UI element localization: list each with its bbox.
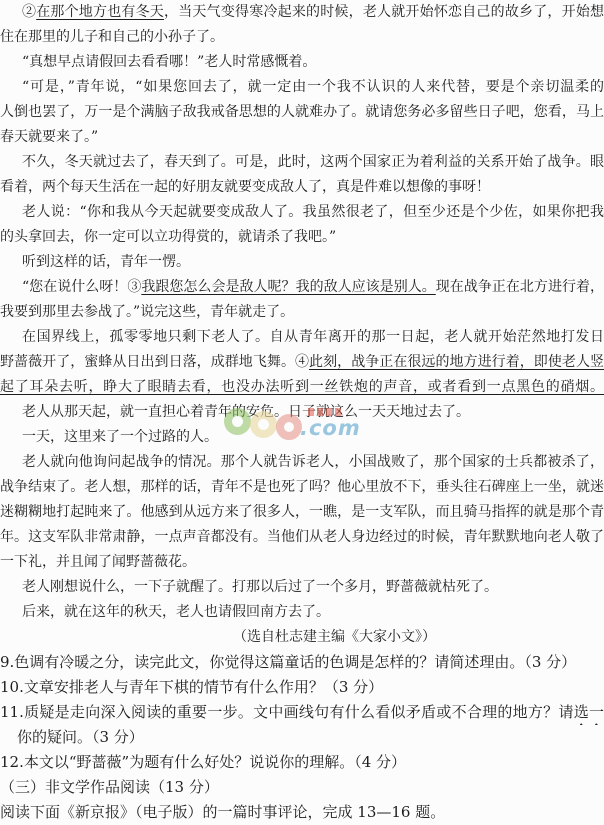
story-para10-line1: 一天，这里来了一个过路的人。 xyxy=(0,425,604,450)
question-11-line1: 11.质疑是走向深入阅读的重要一步。文中画线句有什么看似矛盾或不合理的地方？请选… xyxy=(0,700,604,725)
reading-instruction: 阅读下面《新京报》（电子版）的一篇时事评论，完成 13—16 题。 xyxy=(0,800,604,825)
story-para11-line5: 一下礼，并且闻了闻野蔷薇花。 xyxy=(0,550,604,575)
story-para13-line1: 后来，就在这年的秋天，老人也请假回南方去了。 xyxy=(0,600,604,625)
story-para5-line1: 老人说：“你和我从今天起就要变成敌人了。我虽然很老了，但至少还是个少佐，如果你把… xyxy=(0,200,604,225)
story-para7-line1: “您在说什么呀！③我跟您怎么会是敌人呢？我的敌人应该是别人。现在战争正在北方进行… xyxy=(0,275,604,300)
story-para4-line2: 看着，两个每天生活在一起的好朋友就要变成敌人了，真是件难以想像的事呀！ xyxy=(0,175,604,200)
story-para11-line1: 老人就向他询问起战争的情况。那个人就告诉老人，小国战败了，那个国家的士兵都被杀了… xyxy=(0,450,604,475)
story-para3-line1: “可是，”青年说，“如果您回去了，就一定由一个我不认识的人来代替，要是个亲切温柔… xyxy=(0,75,604,100)
story-para11-line2: 战争结束了。老人想，那样的话，青年不是也死了吗？他心里放不下，垂头往石碑座上一坐… xyxy=(0,475,604,500)
story-para11-line4: 年。这支军队非常肃静，一点声音都没有。当他们从老人身边经过的时候，青年默默地向老… xyxy=(0,525,604,550)
question-10: 10.文章安排老人与青年下棋的情节有什么作用？（3 分） xyxy=(0,675,604,700)
story-para11-line3: 迷糊糊地打起盹来了。他感到从远方来了很多人，一瞧，是一支军队，而且骑马指挥的就是… xyxy=(0,500,604,525)
question-11-line2: 你的疑问。（3 分） xyxy=(0,725,604,750)
story-para4-line1: 不久，冬天就过去了，春天到了。可是，此时，这两个国家正为着利益的关系开始了战争。… xyxy=(0,150,604,175)
story-para7-line2: 我要到那里去参战了。”说完这些，青年就走了。 xyxy=(0,300,604,325)
story-para3-line3: 春天就要来了。” xyxy=(0,125,604,150)
question-9: 9.色调有冷暖之分，读完此文，你觉得这篇童话的色调是怎样的？请简述理由。（3 分… xyxy=(0,650,604,675)
story-para1-line1: ②在那个地方也有冬天，当天气变得寒冷起来的时候，老人就开始怀恋自己的故乡了，开始… xyxy=(0,0,604,25)
story-para8-line3: 起了耳朵去听，睁大了眼睛去看，也没办法听到一丝铁炮的声音，或者看到一点黑色的硝烟… xyxy=(0,375,604,400)
story-para12-line1: 老人刚想说什么，一下子就醒了。打那以后过了一个多月，野蔷薇就枯死了。 xyxy=(0,575,604,600)
story-para8-line2: 野蔷薇开了，蜜蜂从日出到日落，成群地飞舞。④此刻，战争正在很远的地方进行着，即使… xyxy=(0,350,604,375)
story-para9-line1: 老人从那天起，就一直担心着青年的安危。日子就这么一天天地过去了。 xyxy=(0,400,604,425)
story-para2-line1: “真想早点请假回去看看哪！”老人时常感慨着。 xyxy=(0,50,604,75)
story-para3-line2: 人倒也罢了，万一是个满脑子敌我戒备思想的人就难办了。就请您务必多留些日子吧，您看… xyxy=(0,100,604,125)
story-para6-line1: 听到这样的话，青年一愣。 xyxy=(0,250,604,275)
exam-page: ②在那个地方也有冬天，当天气变得寒冷起来的时候，老人就开始怀恋自己的故乡了，开始… xyxy=(0,0,604,825)
question-12: 12.本文以“野蔷薇”为题有什么好处？说说你的理解。（4 分） xyxy=(0,750,604,775)
story-para5-line2: 的头拿回去，你一定可以立功得赏的，就请杀了我吧。” xyxy=(0,225,604,250)
source-attribution: （选自杜志建主编《大家小文》） xyxy=(0,625,604,650)
story-para1-line2: 住在那里的儿子和自己的小孙子了。 xyxy=(0,25,604,50)
story-para8-line1: 在国界线上，孤零零地只剩下老人了。自从青年离开的那一日起，老人就开始茫然地打发日… xyxy=(0,325,604,350)
section-heading: （三）非文学作品阅读（13 分） xyxy=(0,775,604,800)
